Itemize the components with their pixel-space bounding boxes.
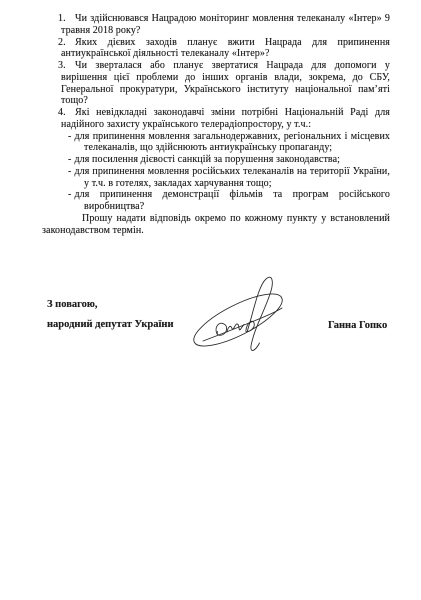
- question-item: 2. Яких дієвих заходів планує вжити Нацр…: [61, 37, 390, 61]
- subitem-text: для припинення мовлення російських телек…: [74, 166, 390, 189]
- question-text: Яких дієвих заходів планує вжити Нацрада…: [61, 37, 390, 60]
- letter-body: 1. Чи здійснювався Нацрадою моніторинг м…: [42, 13, 390, 236]
- sender-name: Ганна Гопко: [328, 320, 387, 331]
- question-subitem: -для припинення мовлення російських теле…: [84, 166, 390, 190]
- dash-marker: -: [68, 154, 71, 165]
- question-item: 1. Чи здійснювався Нацрадою моніторинг м…: [61, 13, 390, 37]
- question-subitem: -для припинення демонстрації фільмів та …: [84, 189, 390, 213]
- dash-marker: -: [68, 166, 71, 177]
- question-item: 4. Які невідкладні законодавчі зміни пот…: [61, 107, 390, 131]
- question-subitem: -для припинення мовлення загальнодержавн…: [84, 131, 390, 155]
- sender-title: народний депутат України: [47, 319, 174, 330]
- question-text: Чи зверталася або планує звертатися Нацр…: [61, 60, 390, 106]
- dash-marker: -: [68, 189, 71, 200]
- question-number: 1.: [58, 13, 66, 25]
- question-item: 3. Чи зверталася або планує звертатися Н…: [61, 60, 390, 107]
- question-number: 4.: [58, 107, 66, 119]
- handwritten-signature-icon: [183, 272, 298, 354]
- question-number: 3.: [58, 60, 66, 72]
- question-number: 2.: [58, 37, 66, 49]
- subitem-text: для посилення дієвості санкцій за поруше…: [74, 154, 340, 165]
- question-text: Які невідкладні законодавчі зміни потріб…: [61, 107, 390, 130]
- subitem-text: для припинення мовлення загальнодержавни…: [74, 131, 390, 154]
- closing-paragraph: Прошу надати відповідь окремо по кожному…: [42, 213, 390, 237]
- dash-marker: -: [68, 131, 71, 142]
- subitem-text: для припинення демонстрації фільмів та п…: [74, 189, 390, 212]
- question-text: Чи здійснювався Нацрадою моніторинг мовл…: [61, 13, 390, 36]
- scanned-letter-page: 1. Чи здійснювався Нацрадою моніторинг м…: [0, 0, 421, 600]
- closing-salutation: З повагою,: [47, 299, 98, 310]
- question-subitem: -для посилення дієвості санкцій за поруш…: [84, 154, 390, 166]
